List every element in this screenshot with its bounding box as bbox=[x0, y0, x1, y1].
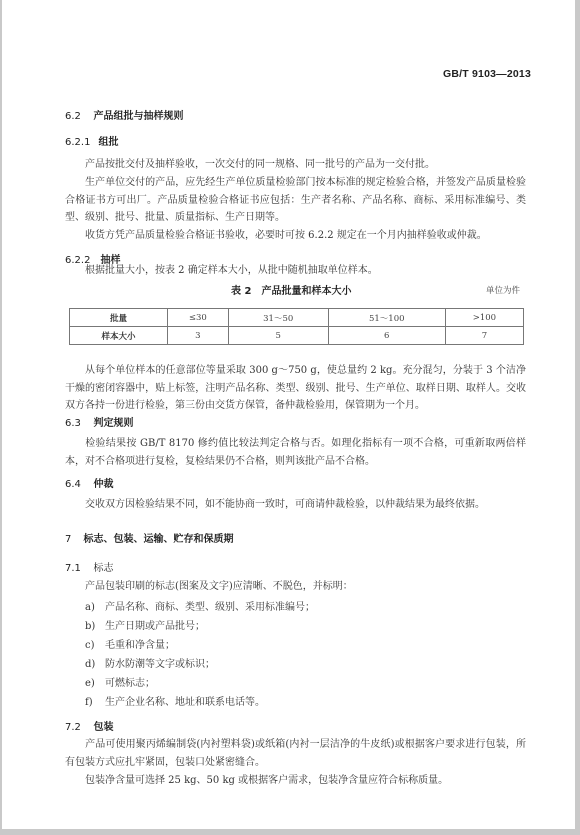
table-row: 样本大小 3 5 6 7 bbox=[70, 327, 524, 345]
section-title: 组批 bbox=[98, 137, 118, 148]
section-title: 判定规则 bbox=[93, 418, 133, 429]
table-cell: 7 bbox=[445, 327, 523, 345]
section-title: 包装 bbox=[93, 722, 113, 733]
section-7-2-heading: 7.2 包装 bbox=[65, 718, 113, 733]
standard-code-header: GB/T 9103—2013 bbox=[443, 68, 531, 80]
section-number: 6.3 bbox=[65, 418, 90, 429]
section-number: 7.2 bbox=[65, 722, 90, 733]
paragraph: 生产单位交付的产品，应先经生产单位质量检验部门按本标准的规定检验合格，并签发产品… bbox=[65, 174, 526, 227]
list-item: d)防水防潮等文字或标识； bbox=[85, 655, 215, 670]
table-row: 批量 ≤30 31～50 51～100 >100 bbox=[70, 309, 524, 327]
section-number: 6.2 bbox=[65, 111, 90, 122]
batch-sample-size-table: 批量 ≤30 31～50 51～100 >100 样本大小 3 5 6 7 bbox=[69, 308, 524, 345]
paragraph: 产品包装印刷的标志(图案及文字)应清晰、不脱色，并标明： bbox=[65, 578, 526, 596]
paragraph: 从每个单位样本的任意部位等量采取 300 g～750 g，使总量约 2 kg。充… bbox=[65, 362, 526, 415]
paragraph: 收货方凭产品质量检验合格证书验收，必要时可按 6.2.2 规定在一个月内抽样验收… bbox=[65, 227, 526, 245]
paragraph: 交收双方因检验结果不同，如不能协商一致时，可商请仲裁检验，以仲裁结果为最终依据。 bbox=[65, 496, 526, 514]
section-title: 产品组批与抽样规则 bbox=[93, 111, 183, 122]
list-item: b)生产日期或产品批号； bbox=[85, 617, 205, 632]
table-caption: 表 2 产品批量和样本大小 bbox=[231, 282, 351, 297]
section-title: 标志、包装、运输、贮存和保质期 bbox=[83, 534, 233, 545]
section-6-2-heading: 6.2 产品组批与抽样规则 bbox=[65, 107, 183, 122]
list-item: e)可燃标志； bbox=[85, 674, 155, 689]
paragraph: 根据批量大小，按表 2 确定样本大小，从批中随机抽取单位样本。 bbox=[65, 262, 526, 280]
paragraph: 产品按批交付及抽样验收，一次交付的同一规格、同一批号的产品为一交付批。 bbox=[65, 156, 526, 174]
section-6-4-heading: 6.4 仲裁 bbox=[65, 475, 113, 490]
paragraph: 产品可使用聚丙烯编制袋(内衬塑料袋)或纸箱(内衬一层洁净的牛皮纸)或根据客户要求… bbox=[65, 736, 526, 771]
table-cell: 3 bbox=[168, 327, 229, 345]
section-number: 7.1 bbox=[65, 563, 90, 574]
table-cell: 5 bbox=[228, 327, 328, 345]
section-title: 标志 bbox=[93, 563, 113, 574]
section-7-1-heading: 7.1 标志 bbox=[65, 559, 113, 574]
section-number: 6.4 bbox=[65, 479, 90, 490]
list-item: a)产品名称、商标、类型、级别、采用标准编号； bbox=[85, 598, 315, 613]
section-title: 仲裁 bbox=[93, 479, 113, 490]
table-cell: ≤30 bbox=[168, 309, 229, 327]
paragraph: 包装净含量可选择 25 kg、50 kg 或根据客户需求，包装净含量应符合标称质… bbox=[65, 772, 526, 790]
table-cell: 51～100 bbox=[328, 309, 445, 327]
list-item: c)毛重和净含量； bbox=[85, 636, 175, 651]
paragraph: 检验结果按 GB/T 8170 修约值比较法判定合格与否。如理化指标有一项不合格… bbox=[65, 435, 526, 470]
table-cell: 6 bbox=[328, 327, 445, 345]
document-page: GB/T 9103—2013 6.2 产品组批与抽样规则 6.2.1 组批 产品… bbox=[2, 0, 575, 829]
table-cell: >100 bbox=[445, 309, 523, 327]
row-label: 批量 bbox=[70, 309, 168, 327]
table-unit-note: 单位为件 bbox=[486, 284, 520, 296]
table-cell: 31～50 bbox=[228, 309, 328, 327]
list-item: f)生产企业名称、地址和联系电话等。 bbox=[85, 693, 265, 708]
row-label: 样本大小 bbox=[70, 327, 168, 345]
section-number: 7 bbox=[65, 534, 80, 545]
section-number: 6.2.1 bbox=[65, 137, 95, 148]
section-7-heading: 7 标志、包装、运输、贮存和保质期 bbox=[65, 530, 233, 545]
section-6-2-1-heading: 6.2.1 组批 bbox=[65, 133, 118, 148]
section-6-3-heading: 6.3 判定规则 bbox=[65, 414, 133, 429]
